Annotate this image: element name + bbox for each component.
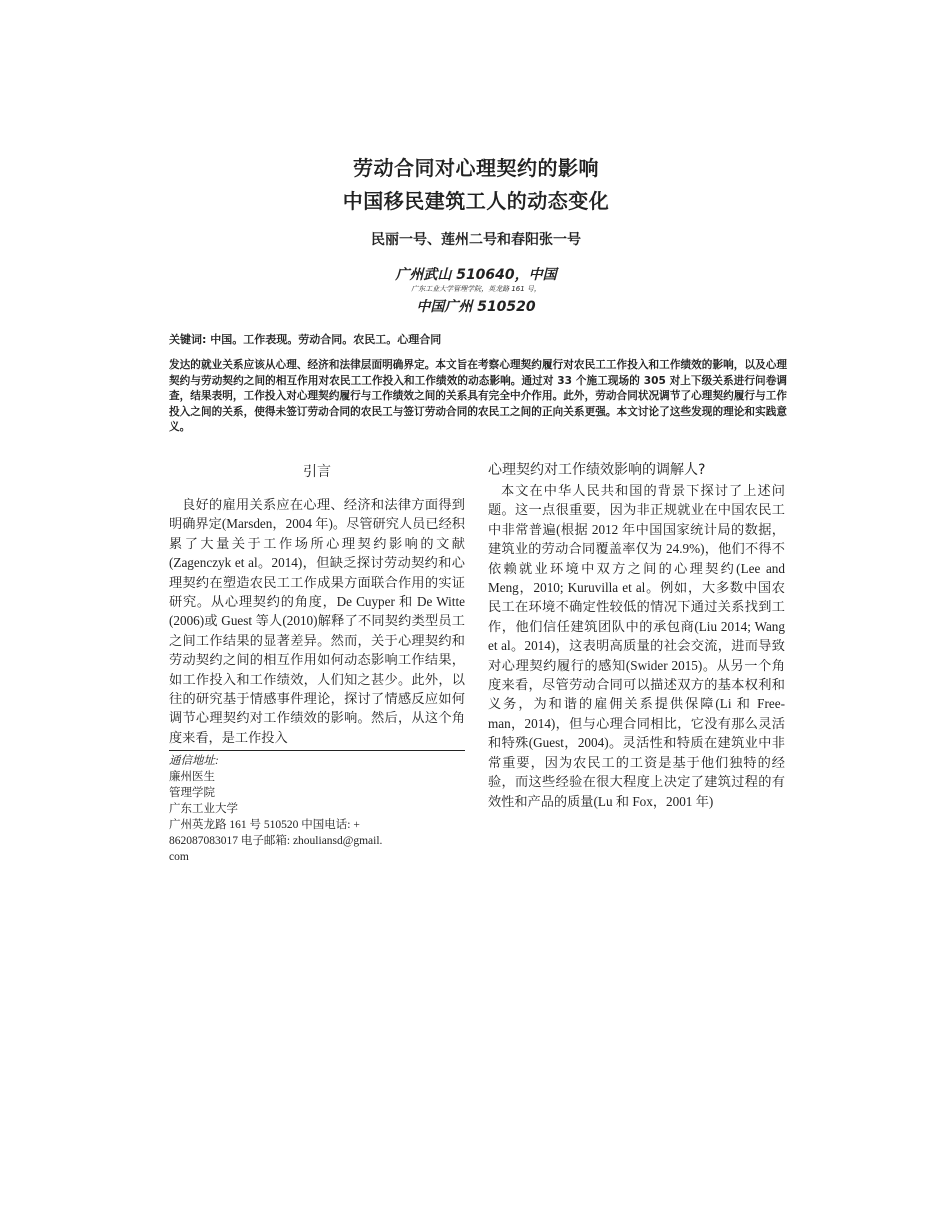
footnote-line: 广州英龙路 161 号 510520 中国电话: + [169,817,469,833]
section-heading-introduction: 引言 [169,461,465,481]
subsection-heading: 心理契约对工作绩效影响的调解人? [488,459,705,479]
affiliation-line3: 中国广州 510520 [0,296,952,316]
authors: 民丽一号、莲州二号和春阳张一号 [0,229,952,249]
footnote-line: 广东工业大学 [169,801,469,817]
correspondence-footnote: 通信地址: 廉州医生 管理学院 广东工业大学 广州英龙路 161 号 51052… [169,753,469,865]
introduction-text: 良好的雇用关系应在心理、经济和法律方面得到明确界定(Marsden，2004 年… [169,495,465,747]
paper-title-line2: 中国移民建筑工人的动态变化 [0,185,952,214]
paper-page: 劳动合同对心理契约的影响 中国移民建筑工人的动态变化 民丽一号、莲州二号和春阳张… [0,0,952,1232]
footnote-line: 862087083017 电子邮箱: zhouliansd@gmail. [169,833,469,849]
affiliation-line2: 广东工业大学管理学院，英龙路 161 号， [0,284,952,294]
affiliation-line1: 广州武山 510640，中国 [0,264,952,284]
right-column-text: 本文在中华人民共和国的背景下探讨了上述问题。这一点很重要，因为非正规就业在中国农… [488,481,785,811]
paper-title-line1: 劳动合同对心理契约的影响 [0,152,952,181]
footnote-line: com [169,849,469,865]
abstract: 发达的就业关系应该从心理、经济和法律层面明确界定。本文旨在考察心理契约履行对农民… [169,358,787,436]
footnote-divider [169,750,465,751]
footnote-line: 管理学院 [169,785,469,801]
keywords: 关键词: 中国。工作表现。劳动合同。农民工。心理合同 [169,331,441,347]
footnote-line: 廉州医生 [169,769,469,785]
footnote-label: 通信地址: [169,753,469,769]
